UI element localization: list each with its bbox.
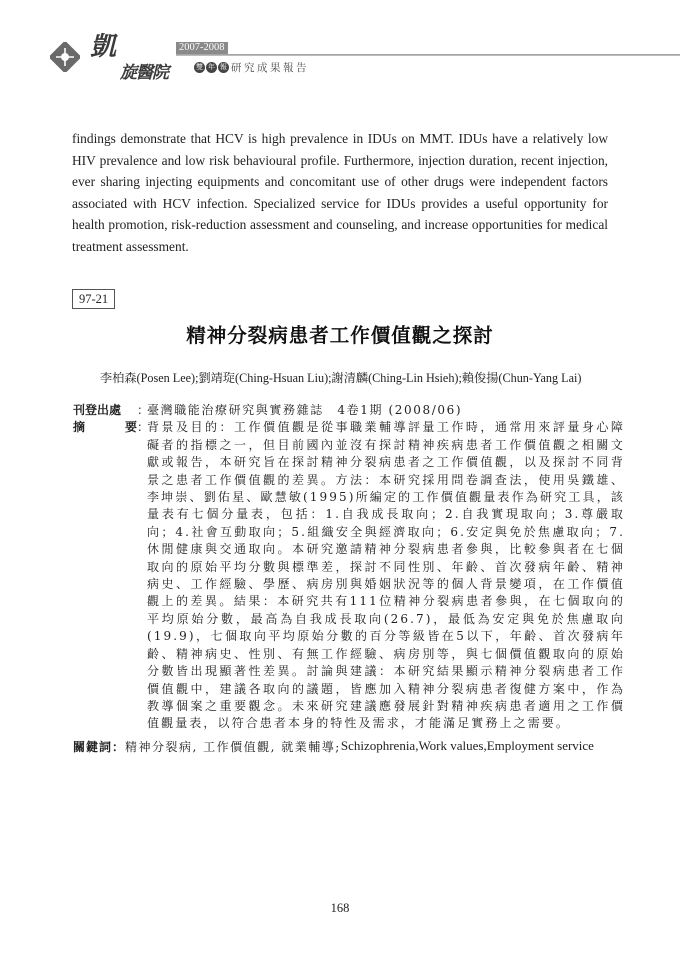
abstract-text: 背景及目的：工作價值觀是從事職業輔導評量工作時，通常用來評量身心障礙者的指標之一…: [147, 419, 625, 732]
abstract-label-char: 摘: [73, 419, 85, 732]
keywords-row: 關鍵詞 ： 精神分裂病, 工作價值觀, 就業輔導; Schizophrenia,…: [73, 738, 594, 755]
publication-source: 臺灣職能治療研究與實務雜誌 4卷1期 (2008/06): [147, 402, 625, 419]
keywords-chinese: 精神分裂病, 工作價值觀, 就業輔導;: [125, 738, 341, 755]
year-range-tag: 2007-2008: [176, 42, 228, 54]
badge-char: 報: [218, 62, 229, 73]
abstract-label: 摘 要: [73, 419, 137, 732]
article-code: 97-21: [72, 289, 115, 309]
hospital-logo-icon: [50, 42, 80, 72]
page-header: 凱 旋醫院 2007-2008 雙 年 報 研究成果報告: [48, 28, 680, 84]
abstract-label-char: 要: [125, 419, 137, 732]
keywords-label: 關鍵詞: [73, 738, 112, 755]
colon: ：: [137, 419, 147, 732]
previous-abstract-continuation: findings demonstrate that HCV is high pr…: [72, 128, 608, 258]
header-divider: [176, 54, 680, 56]
article-title: 精神分裂病患者工作價值觀之探討: [0, 320, 680, 348]
colon: ：: [137, 402, 147, 419]
abstract-row: 摘 要 ： 背景及目的：工作價值觀是從事職業輔導評量工作時，通常用來評量身心障礙…: [73, 419, 625, 732]
publication-label: 刊登出處: [73, 402, 137, 419]
badge-char: 雙: [194, 62, 205, 73]
badge-char: 年: [206, 62, 217, 73]
colon: ：: [112, 738, 125, 755]
keywords-english: Schizophrenia,Work values,Employment ser…: [341, 738, 594, 755]
brand-name-line2: 旋醫院: [120, 58, 168, 83]
brand-name-line1: 凱: [90, 34, 114, 60]
author-list: 李柏森(Posen Lee);劉靖琁(Ching-Hsuan Liu);謝清麟(…: [100, 369, 581, 386]
biennial-report-badge: 雙 年 報: [194, 62, 229, 73]
article-metadata: 刊登出處 ： 臺灣職能治療研究與實務雜誌 4卷1期 (2008/06) 摘 要 …: [73, 402, 625, 733]
report-subtitle: 研究成果報告: [231, 60, 309, 75]
publication-row: 刊登出處 ： 臺灣職能治療研究與實務雜誌 4卷1期 (2008/06): [73, 402, 625, 419]
page-number: 168: [0, 901, 680, 916]
